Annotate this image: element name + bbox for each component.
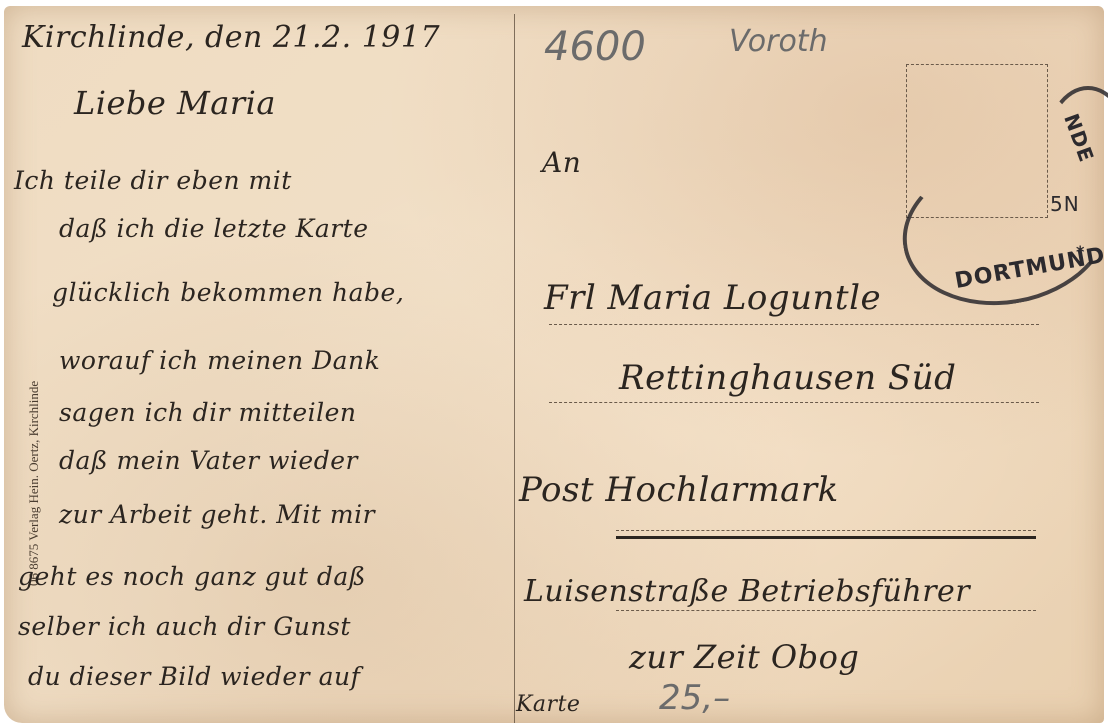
salutation: Liebe Maria: [74, 84, 276, 122]
message-line-5: sagen ich dir mitteilen: [59, 398, 357, 427]
message-line-10: du dieser Bild wieder auf: [28, 662, 360, 691]
address-street: Luisenstraße Betriebsführer: [524, 574, 970, 609]
address-locality: Rettinghausen Süd: [619, 358, 956, 398]
dateline: Kirchlinde, den 21.2. 1917: [22, 20, 440, 55]
message-line-2: daß ich die letzte Karte: [59, 214, 369, 243]
publisher-imprint: 06 8675 Verlag Hein. Oertz, Kirchlinde: [26, 381, 42, 586]
address-rule-1: [549, 324, 1039, 325]
address-underline: [616, 536, 1036, 539]
message-line-8: geht es noch ganz gut daß: [18, 562, 366, 591]
center-divider: [514, 14, 515, 723]
pencil-note: Voroth: [729, 24, 828, 59]
address-post: Post Hochlarmark: [519, 470, 839, 510]
address-rule-3: [616, 530, 1036, 531]
message-line-9: selber ich auch dir Gunst: [18, 612, 351, 641]
address-rule-2: [549, 402, 1039, 403]
message-line-4: worauf ich meinen Dank: [59, 346, 380, 375]
address-name: Frl Maria Loguntle: [544, 278, 881, 318]
message-line-3: glücklich bekommen habe,: [52, 278, 404, 307]
postmark-time: 5N: [1050, 192, 1080, 216]
address-rule-4: [616, 610, 1036, 611]
message-line-1: Ich teile dir eben mit: [14, 166, 292, 195]
address-extra: zur Zeit Obog: [629, 638, 859, 676]
message-line-6: daß mein Vater wieder: [59, 446, 358, 475]
pencil-price: 25,–: [659, 678, 730, 718]
bottom-note: Karte: [516, 692, 580, 717]
message-line-7: zur Arbeit geht. Mit mir: [59, 500, 375, 529]
postcard: 06 8675 Verlag Hein. Oertz, Kirchlinde K…: [4, 6, 1104, 723]
to-label: An: [542, 146, 581, 179]
postmark-star: *: [1076, 242, 1085, 261]
pencil-number: 4600: [544, 24, 646, 70]
